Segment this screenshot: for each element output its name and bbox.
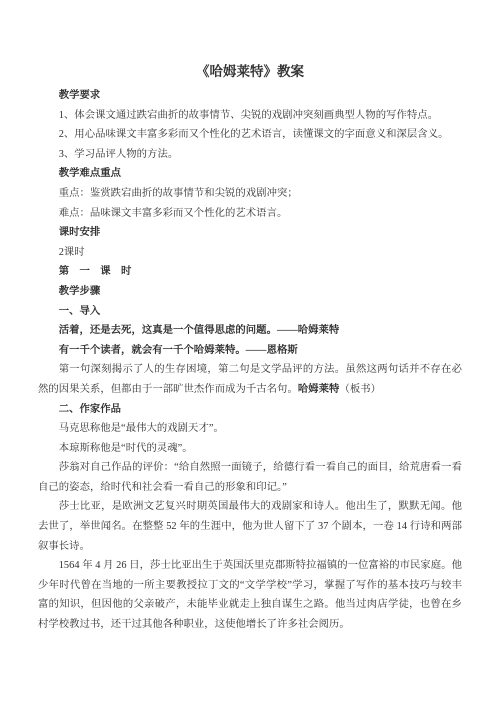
heading-intro: 一、导入 [38,302,462,322]
requirement-item-2: 2、用心品味课文丰富多彩而又个性化的艺术语言，读懂课文的字面意义和深层含义。 [38,125,462,145]
author-paragraph-jonson: 本琼斯称他是“时代的灵魂”。 [38,439,462,459]
intro-paragraph-bold-term: 哈姆莱特 [298,384,340,395]
difficult-point-line: 难点：品味课文丰富多彩而又个性化的艺术语言。 [38,204,462,224]
author-paragraph-marx: 马克思称他是“最伟大的戏剧天才”。 [38,419,462,439]
author-paragraph-biography-2: 1564 年 4 月 26 日，莎士比亚出生于英国沃里克郡斯特拉福镇的一位富裕的… [38,556,462,634]
author-paragraph-self-evaluation: 莎翁对自己作品的评价：“给自然照一面镜子，给德行看一看自己的面目，给荒唐看一看自… [38,458,462,497]
heading-teaching-requirements: 教学要求 [38,86,462,106]
heading-author-works: 二、作家作品 [38,400,462,420]
requirement-item-1: 1、体会课文通过跌宕曲折的故事情节、尖锐的戏剧冲突刻画典型人物的写作特点。 [38,106,462,126]
intro-paragraph-text: 第一句深刻揭示了人的生存困境，第二句是文学品评的方法。虽然这两句话并不存在必然的… [38,364,462,395]
intro-paragraph: 第一句深刻揭示了人的生存困境，第二句是文学品评的方法。虽然这两句话并不存在必然的… [38,360,462,399]
key-point-line: 重点：鉴赏跌宕曲折的故事情节和尖锐的戏剧冲突； [38,184,462,204]
intro-paragraph-suffix: （板书） [339,384,381,395]
schedule-value: 2课时 [38,243,462,263]
heading-teaching-steps: 教学步骤 [38,282,462,302]
document-page: 《哈姆莱特》教案 教学要求 1、体会课文通过跌宕曲折的故事情节、尖锐的戏剧冲突刻… [0,0,500,707]
heading-schedule: 课时安排 [38,223,462,243]
doc-title: 《哈姆莱特》教案 [38,60,462,84]
heading-lesson-1: 第 一 课 时 [38,262,462,282]
quote-engels: 有一千个读者，就会有一千个哈姆莱特。——恩格斯 [38,341,462,361]
requirement-item-3: 3、学习品评人物的方法。 [38,145,462,165]
heading-difficulties: 教学难点重点 [38,164,462,184]
quote-hamlet: 活着，还是去死，这真是一个值得思虑的问题。——哈姆莱特 [38,321,462,341]
author-paragraph-biography-1: 莎士比亚，是欧洲文艺复兴时期英国最伟大的戏剧家和诗人。他出生了，默默无闻。他去世… [38,497,462,556]
